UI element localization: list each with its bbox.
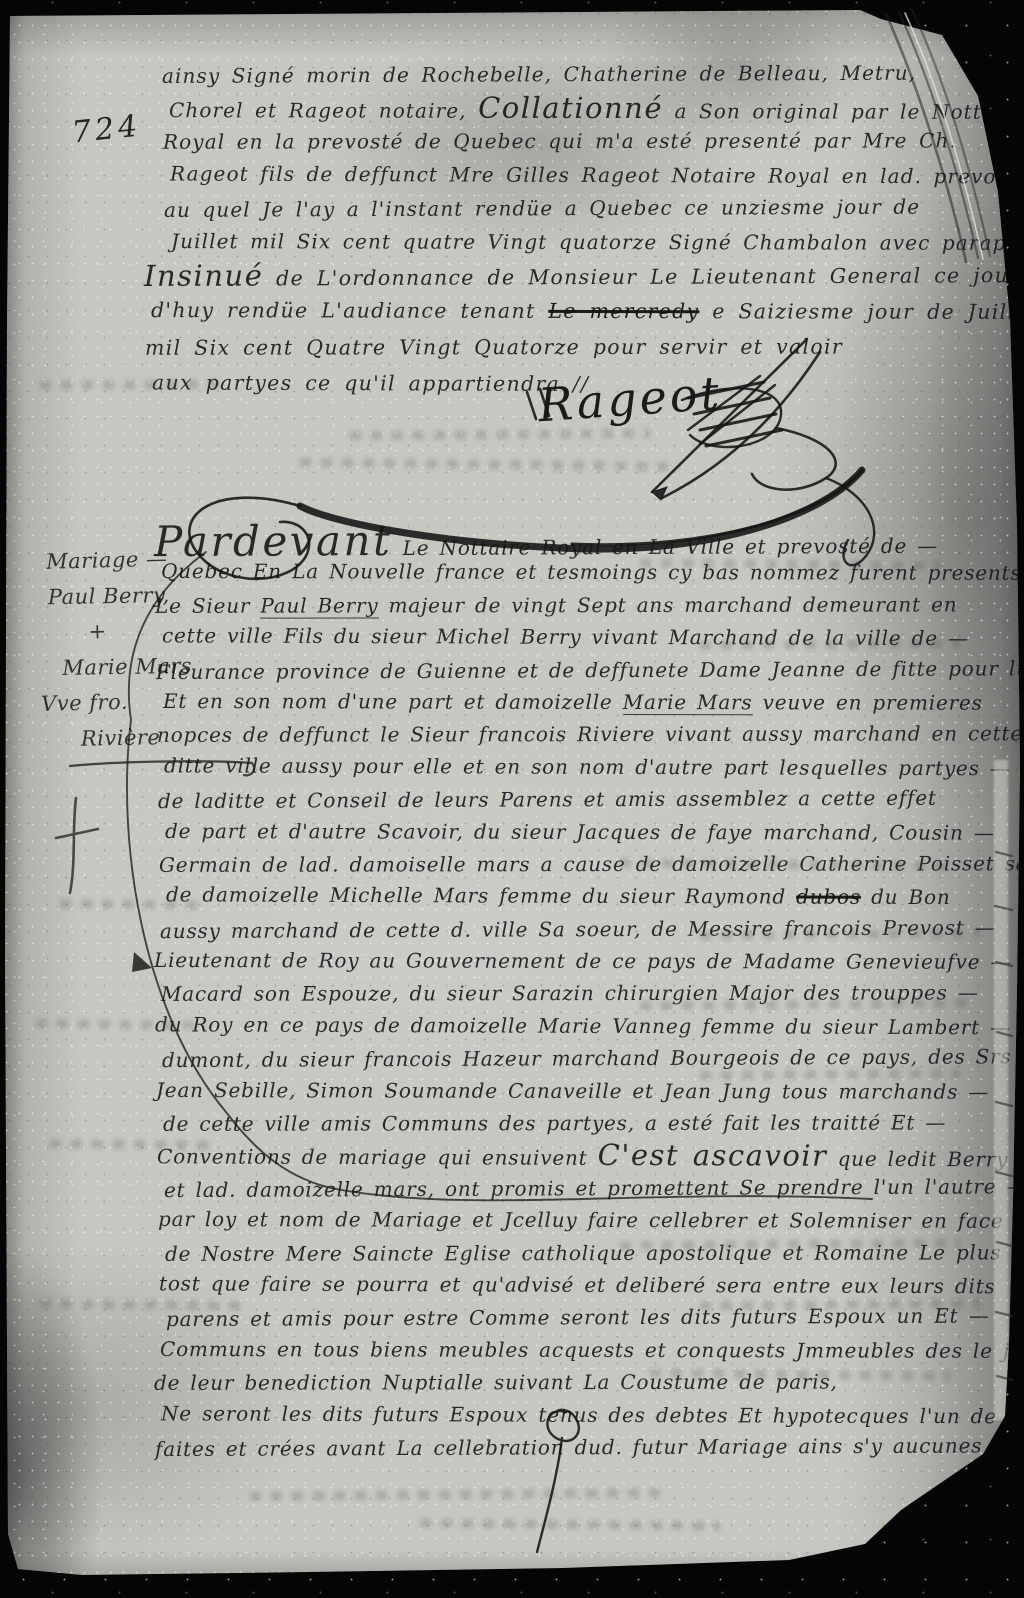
manuscript-line: Et en son nom d'une part et damoizelle M… <box>163 685 1024 719</box>
manuscript-line: de laditte et Conseil de leurs Parens et… <box>158 781 1024 818</box>
manuscript-line: ainsy Signé morin de Rochebelle, Chather… <box>162 56 1024 93</box>
bleedthrough-line <box>250 1488 670 1501</box>
manuscript-line: Royal en la prevosté de Quebec qui m'a e… <box>163 124 1024 159</box>
manuscript-line: Le Sieur Paul Berry majeur de vingt Sept… <box>155 588 1024 622</box>
manuscript-line: Conventions de mariage qui ensuivent C'e… <box>157 1138 1024 1174</box>
manuscript-line: faites et crées avant La cellebration du… <box>155 1429 1024 1466</box>
manuscript-line: d'huy rendüe L'audiance tenant Le mercre… <box>151 292 1024 330</box>
manuscript-line: Communs en tous biens meubles acquests e… <box>160 1333 1024 1367</box>
manuscript-line: du Roy en ce pays de damoizelle Marie Va… <box>155 1008 1024 1044</box>
manuscript-line: Insinué de L'ordonnance de Monsieur Le L… <box>144 254 1024 294</box>
bleedthrough-line <box>40 1299 240 1310</box>
page-number: 724 <box>70 108 143 150</box>
bleedthrough-line <box>36 1019 206 1030</box>
bleedthrough-line <box>420 1518 720 1530</box>
manuscript-line: Jean Sebille, Simon Soumande Canaveille … <box>156 1074 1024 1108</box>
manuscript-line: Lieutenant de Roy au Gouvernement de ce … <box>154 944 1024 978</box>
manuscript-page: 724 Mariage —Paul Berry,+Marie MarsVve f… <box>0 0 1024 1598</box>
contract-body-text: Pardevant Le Nottaire Royal en La Ville … <box>160 524 1024 1463</box>
manuscript-line: Pardevant Le Nottaire Royal en La Ville … <box>154 522 1024 559</box>
manuscript-line: Ne seront les dits futurs Espoux tenus d… <box>161 1397 1024 1433</box>
scan-background: 724 Mariage —Paul Berry,+Marie MarsVve f… <box>0 0 1024 1598</box>
manuscript-line: et lad. damoizelle mars, ont promis et p… <box>164 1170 1024 1207</box>
manuscript-line: Chorel et Rageot notaire, Collationné a … <box>169 91 1024 126</box>
manuscript-line: nopces de deffunct le Sieur francois Riv… <box>157 718 1024 752</box>
bleedthrough-line <box>300 458 680 471</box>
manuscript-line: tost que faire se pourra et qu'advisé et… <box>159 1267 1024 1303</box>
manuscript-line: ditte ville aussy pour elle et en son no… <box>164 749 1024 785</box>
bleedthrough-line <box>50 1139 210 1150</box>
manuscript-line: Fleurance province de Guienne et de deff… <box>156 651 1024 688</box>
manuscript-line: au quel Je l'ay a l'instant rendüe a Que… <box>164 190 1024 227</box>
manuscript-line: mil Six cent Quatre Vingt Quatorze pour … <box>145 328 1024 366</box>
bleedthrough-line <box>60 899 200 909</box>
manuscript-line: Rageot fils de deffunct Mre Gilles Rageo… <box>170 157 1024 194</box>
manuscript-line: de cette ville amis Communs des partyes,… <box>163 1106 1024 1140</box>
bleedthrough-line <box>350 429 650 441</box>
page-edge-highlight <box>994 760 1008 1420</box>
manuscript-line: cette ville Fils du sieur Michel Berry v… <box>162 620 1024 656</box>
collation-note-text: ainsy Signé morin de Rochebelle, Chather… <box>168 58 1024 259</box>
notary-signature: Rageot <box>536 366 723 433</box>
manuscript-line: par loy et nom de Mariage et Jcelluy fai… <box>158 1203 1024 1237</box>
manuscript-line: de part et d'autre Scavoir, du sieur Jac… <box>165 815 1024 849</box>
bleedthrough-line <box>40 379 220 390</box>
manuscript-line: de damoizelle Michelle Mars femme du sie… <box>166 879 1024 915</box>
